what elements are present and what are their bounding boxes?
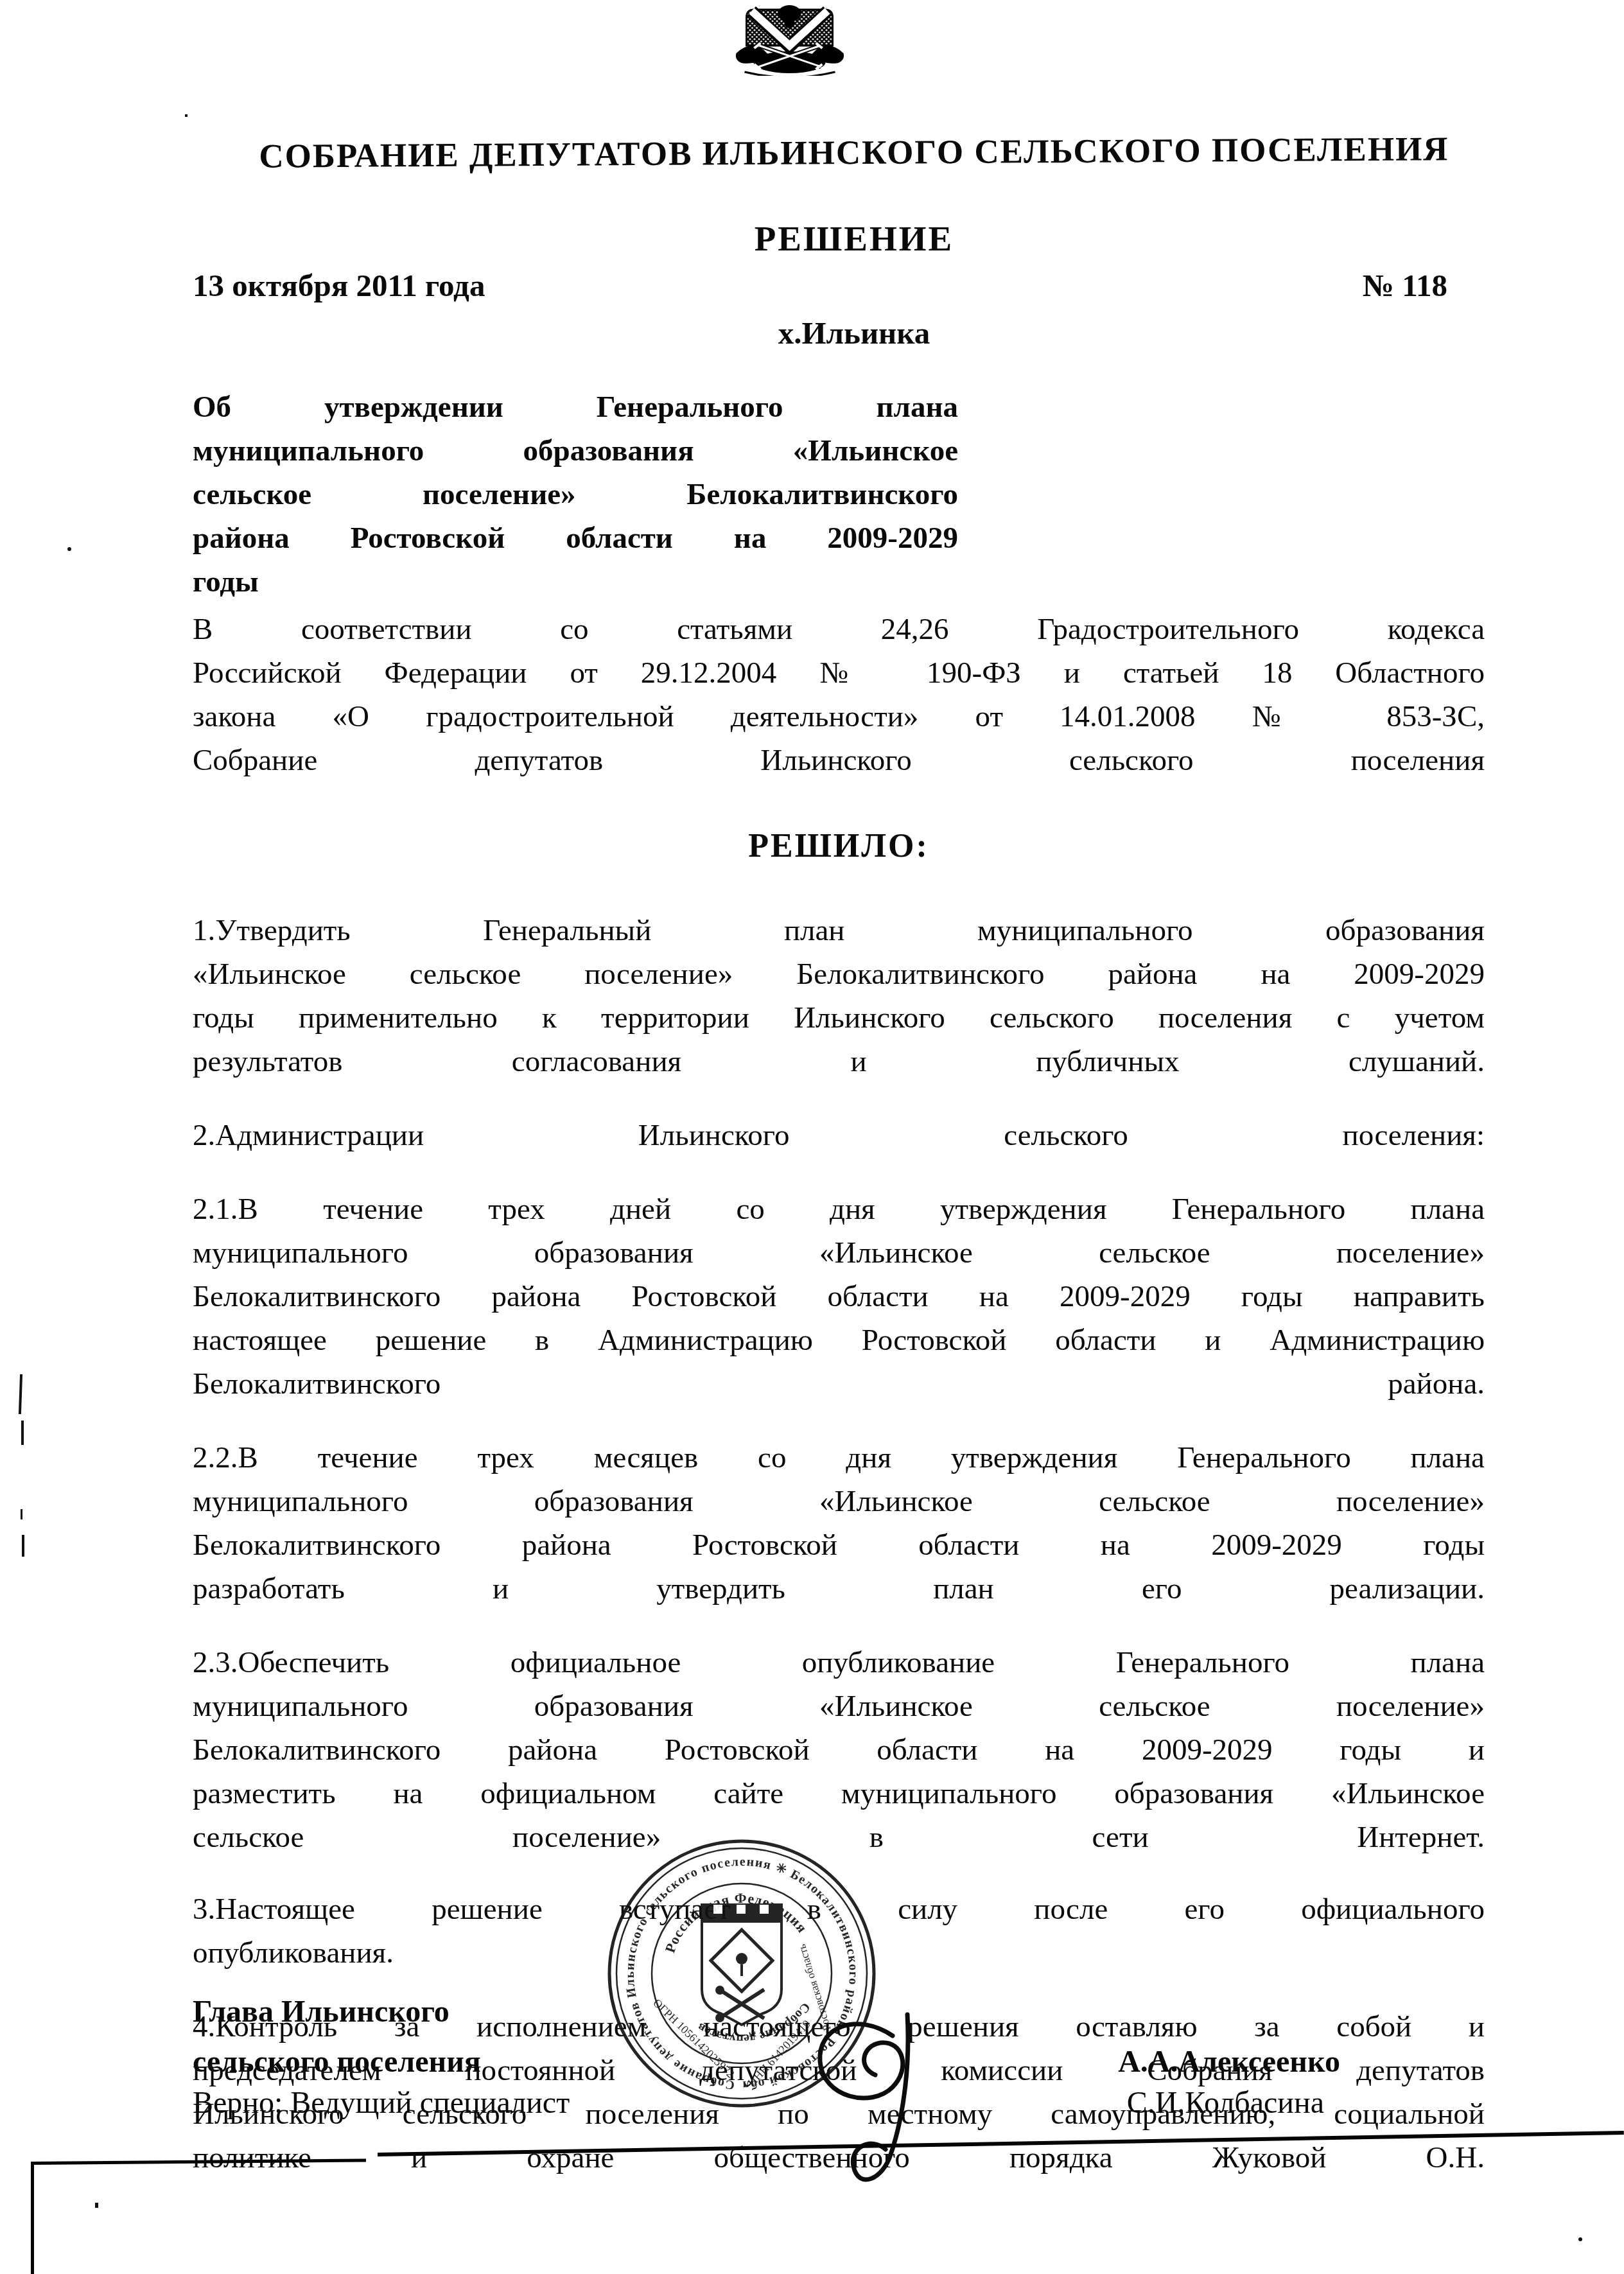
item-line: 2.1.В течение трех дней со дня утвержден… — [193, 1187, 1485, 1231]
subject-line: годы — [193, 560, 958, 604]
document-date: 13 октября 2011 года — [193, 267, 485, 304]
item-line: 2.Администрации Ильинского сельского пос… — [193, 1114, 1485, 1157]
document-number: № 118 — [1363, 267, 1485, 304]
subject-paragraph: Об утверждении Генерального плана муници… — [193, 385, 958, 604]
item-line: Белокалитвинского района. — [193, 1362, 1485, 1406]
verify-name: С.И.Колбасина — [1127, 2085, 1485, 2121]
preamble-line: Российской Федерации от 29.12.2004 № 190… — [193, 651, 1485, 695]
item-line: разместить на официальном сайте муниципа… — [193, 1772, 1485, 1815]
signature-post-line-1: Глава Ильинского — [193, 1994, 450, 2029]
item-line: разработать и утвердить план его реализа… — [193, 1567, 1485, 1611]
item-line: муниципального образования «Ильинское се… — [193, 1480, 1485, 1523]
subject-line: сельское поселение» Белокалитвинского — [193, 473, 958, 516]
scan-artifact — [22, 1535, 24, 1557]
item-line: 2.3.Обеспечить официальное опубликование… — [193, 1641, 1485, 1684]
item-line: Белокалитвинского района Ростовской обла… — [193, 1275, 1485, 1318]
head-name: А.А.Алексеенко — [1118, 2044, 1485, 2079]
scan-artifact — [95, 2203, 98, 2208]
coat-of-arms-icon — [729, 3, 851, 76]
subject-line: муниципального образования «Ильинское — [193, 429, 958, 473]
item-line: Белокалитвинского района Ростовской обла… — [193, 1523, 1485, 1567]
subject-line: Об утверждении Генерального плана — [193, 385, 958, 429]
signature-scribble — [761, 2000, 954, 2203]
document-place: х.Ильинка — [193, 315, 1515, 351]
verify-label: Верно: Ведущий специалист — [193, 2085, 570, 2121]
preamble-line: Собрание депутатов Ильинского сельского … — [193, 739, 1485, 782]
date-and-number-row: 13 октября 2011 года № 118 — [193, 267, 1485, 304]
organization-title: СОБРАНИЕ ДЕПУТАТОВ ИЛЬИНСКОГО СЕЛЬСКОГО … — [193, 130, 1515, 177]
document-type-heading: РЕШЕНИЕ — [193, 218, 1515, 259]
scan-artifact — [19, 1374, 22, 1414]
preamble-line: В соответствии со статьями 24,26 Градост… — [193, 608, 1485, 651]
scanned-resolution-page: СОБРАНИЕ ДЕПУТАТОВ ИЛЬИНСКОГО СЕЛЬСКОГО … — [0, 0, 1624, 2274]
scan-artifact — [1578, 2237, 1582, 2241]
item-line: муниципального образования «Ильинское се… — [193, 1231, 1485, 1275]
scan-artifact — [21, 1509, 22, 1519]
scan-artifact — [185, 114, 188, 117]
item-line: муниципального образования «Ильинское се… — [193, 1684, 1485, 1728]
preamble-line: закона «О градостроительной деятельности… — [193, 695, 1485, 739]
item-line: Белокалитвинского района Ростовской обла… — [193, 1728, 1485, 1772]
signature-post-line-2: сельского поселения — [193, 2044, 481, 2079]
resolved-heading: РЕШИЛО: — [193, 825, 1485, 868]
item-line: результатов согласования и публичных слу… — [193, 1040, 1485, 1083]
subject-line: района Ростовской области на 2009-2029 — [193, 516, 958, 560]
scan-artifact — [67, 547, 71, 551]
item-line: 2.2.В течение трех месяцев со дня утверж… — [193, 1436, 1485, 1480]
item-line: 1.Утвердить Генеральный план муниципальн… — [193, 909, 1485, 952]
page-frame-left-edge — [31, 2162, 34, 2274]
item-line: настоящее решение в Администрацию Ростов… — [193, 1318, 1485, 1362]
scan-artifact — [21, 1421, 24, 1445]
item-line: «Ильинское сельское поселение» Белокалит… — [193, 952, 1485, 996]
item-line: годы применительно к территории Ильинско… — [193, 996, 1485, 1040]
